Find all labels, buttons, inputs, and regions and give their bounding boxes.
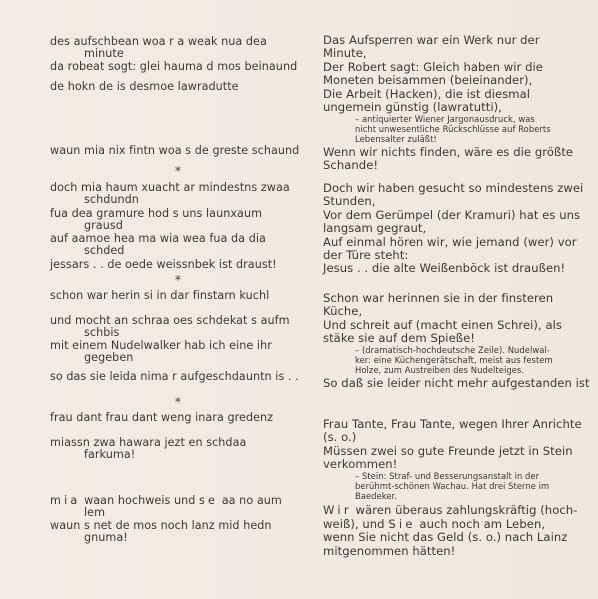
footnote-line: Baedeker. bbox=[355, 491, 397, 501]
dialect-line-continuation: schdundn bbox=[84, 193, 139, 207]
translation-line: mitgenommen hätten! bbox=[323, 544, 455, 558]
spaced-emphasis: se bbox=[199, 494, 218, 507]
translation-line: Minute, bbox=[323, 46, 367, 60]
translation-line: Stunden, bbox=[323, 194, 376, 208]
stanza-separator-asterisk: * bbox=[175, 273, 181, 287]
translation-line: der Türe steht: bbox=[323, 248, 408, 262]
footnote-line: Holze, zum Austreiben des Nudelteiges. bbox=[355, 365, 524, 375]
dialect-line: de hokn de is desmoe lawradutte bbox=[50, 80, 239, 94]
translation-line: Müssen zwei so gute Freunde jetzt in Ste… bbox=[323, 444, 573, 458]
dialect-line: auf aamoe hea ma wia wea fua da dia bbox=[50, 232, 266, 246]
dialect-line: des aufschbean woa r a weak nua dea bbox=[50, 35, 267, 49]
translation-line: stäke sie auf dem Spieße! bbox=[323, 331, 475, 345]
dialect-line-continuation: grausd bbox=[84, 219, 123, 233]
translation-line: wenn Sie nicht das Geld (s. o.) nach Lai… bbox=[323, 530, 567, 544]
footnote-line: ker: eine Küchengerätschaft, meist aus f… bbox=[355, 355, 553, 365]
dialect-line: schon war herin si in dar finstarn kuchl bbox=[50, 289, 269, 303]
translation-line: Moneten beisammen (beieinander), bbox=[323, 73, 532, 87]
translation-line: ungemein günstig (lawratutti), bbox=[323, 100, 502, 114]
footnote-line: Lebensalter zuläßt! bbox=[355, 134, 437, 144]
footnote-line: nicht unwesentliche Rückschlüsse auf Rob… bbox=[355, 124, 551, 134]
translation-line: Vor dem Gerümpel (der Kramuri) hat es un… bbox=[323, 208, 580, 222]
footnote-line: – Stein: Straf- und Besserungsanstalt in… bbox=[355, 471, 539, 481]
dialect-line-continuation: gnuma! bbox=[84, 531, 128, 545]
translation-text: weiß), und bbox=[323, 517, 385, 531]
dialect-line: frau dant frau dant weng inara gredenz bbox=[50, 411, 273, 425]
dialect-line: jessars . . de oede weissnbek ist draust… bbox=[50, 258, 277, 272]
stanza-separator-asterisk: * bbox=[175, 164, 181, 178]
dialect-line-continuation: farkuma! bbox=[84, 448, 135, 462]
dialect-line: so das sie leida nima r aufgeschdauntn i… bbox=[50, 370, 299, 384]
dialect-line: miassn zwa hawara jezt en schdaa bbox=[50, 436, 246, 450]
book-page: des aufschbean woa r a weak nua dea minu… bbox=[0, 0, 598, 599]
dialect-line: fua dea gramure hod s uns launxaum bbox=[50, 207, 262, 221]
translation-line: Der Robert sagt: Gleich haben wir die bbox=[323, 60, 543, 74]
translation-line: Und schreit auf (macht einen Schrei), al… bbox=[323, 318, 562, 332]
dialect-line-continuation: lem bbox=[84, 506, 105, 520]
spaced-emphasis: Wir bbox=[323, 503, 352, 517]
translation-line: Jesus . . die alte Weißenböck ist drauße… bbox=[323, 261, 565, 275]
dialect-line-continuation: schbis bbox=[84, 326, 119, 340]
spaced-emphasis: Sie bbox=[388, 517, 415, 531]
translation-line: (s. o.) bbox=[323, 430, 356, 444]
spaced-emphasis: mia bbox=[50, 494, 80, 507]
translation-line-spaced: Wir wären überaus zahlungskräftig (hoch- bbox=[323, 503, 577, 517]
translation-line: Schon war herinnen sie in der finsteren bbox=[323, 291, 553, 305]
translation-text: auch noch am Leben, bbox=[419, 517, 545, 531]
dialect-line: da robeat sogt: glei hauma d mos beinaun… bbox=[50, 60, 297, 74]
footnote-line: – antiquierter Wiener Jargonausdruck, wa… bbox=[355, 114, 535, 124]
translation-line: Frau Tante, Frau Tante, wegen Ihrer Anri… bbox=[323, 417, 582, 431]
translation-line: Auf einmal hören wir, wie jemand (wer) v… bbox=[323, 235, 577, 249]
dialect-line-continuation: minute bbox=[84, 47, 124, 61]
translation-line: Das Aufsperren war ein Werk nur der bbox=[323, 33, 540, 47]
dialect-line-continuation: schded bbox=[84, 244, 124, 258]
footnote-line: berühmt-schönen Wachau. Hat drei Sterne … bbox=[355, 481, 549, 491]
translation-line: Die Arbeit (Hacken), die ist diesmal bbox=[323, 87, 530, 101]
translation-line: Schande! bbox=[323, 158, 378, 172]
translation-text: wären überaus zahlungskräftig (hoch- bbox=[356, 503, 578, 517]
stanza-separator-asterisk: * bbox=[175, 395, 181, 409]
translation-line: So daß sie leider nicht mehr aufgestande… bbox=[323, 376, 590, 390]
translation-line: verkommen! bbox=[323, 457, 397, 471]
footnote-line: – (dramatisch-hochdeutsche Zeile). Nudel… bbox=[355, 345, 550, 355]
translation-line: Wenn wir nichts finden, wäre es die größ… bbox=[323, 145, 573, 159]
translation-line: langsam gegraut, bbox=[323, 221, 426, 235]
dialect-line: waun mia nix fintn woa s de greste schau… bbox=[50, 144, 299, 158]
dialect-text: aa no aum bbox=[222, 494, 282, 507]
translation-line: Doch wir haben gesucht so mindestens zwe… bbox=[323, 181, 583, 195]
translation-line-spaced: weiß), und Sie auch noch am Leben, bbox=[323, 517, 545, 531]
translation-line: Küche, bbox=[323, 304, 362, 318]
dialect-line-continuation: gegeben bbox=[84, 351, 133, 365]
